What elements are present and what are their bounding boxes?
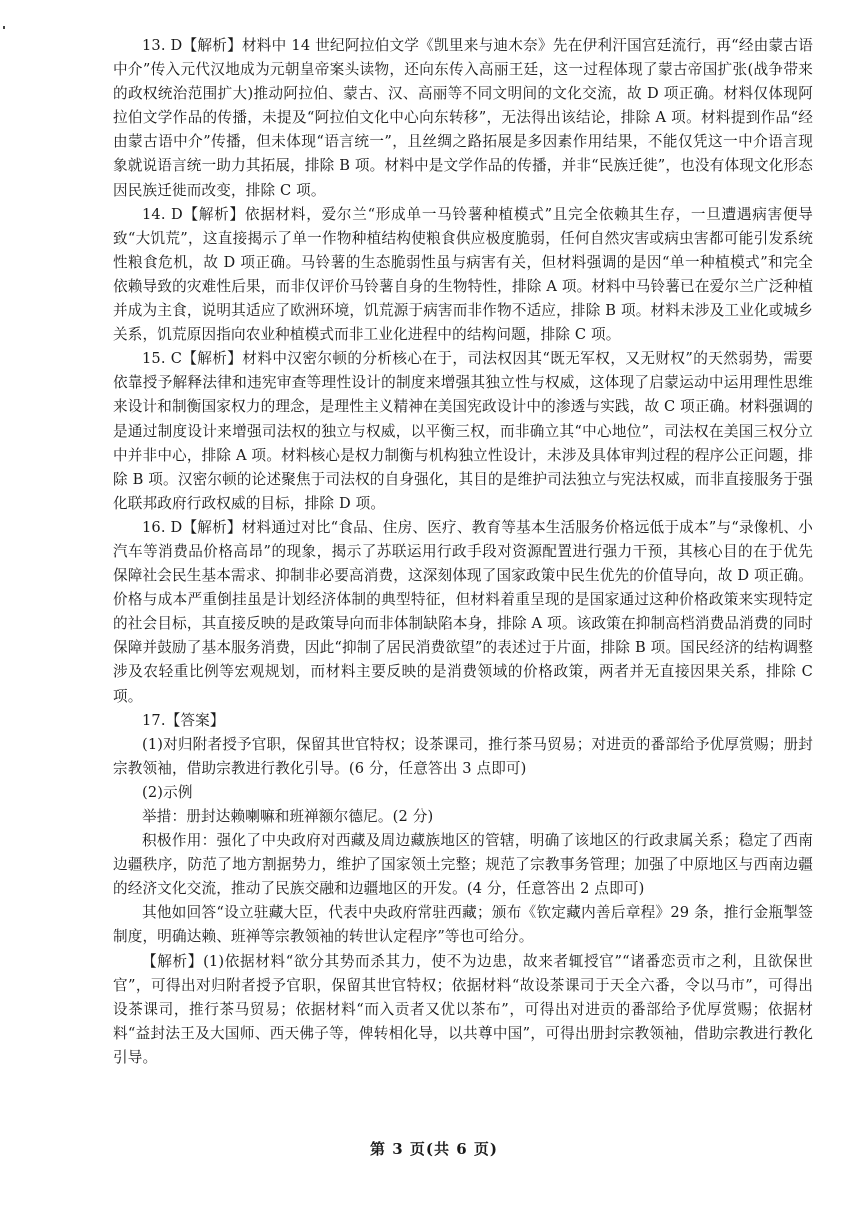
answer-17-alternative: 其他如回答“设立驻藏大臣，代表中央政府常驻西藏；颁布《钦定藏内善后章程》29 条…	[113, 901, 813, 949]
answer-16-paragraph: 16. D【解析】材料通过对比“食品、住房、医疗、教育等基本生活服务价格远低于成…	[113, 516, 813, 709]
scan-speck	[3, 26, 5, 29]
document-body: 13. D【解析】材料中 14 世纪阿拉伯文学《凯里来与迪木奈》先在伊利汗国宫廷…	[113, 34, 813, 1070]
answer-14-paragraph: 14. D【解析】依据材料，爱尔兰“形成单一马铃薯种植模式”且完全依赖其生存，一…	[113, 203, 813, 348]
answer-17-heading: 17.【答案】	[113, 709, 813, 733]
answer-17-analysis: 【解析】(1)依据材料“欲分其势而杀其力，使不为边患，故来者辄授官”“诸番恋贡市…	[113, 950, 813, 1070]
answer-13-paragraph: 13. D【解析】材料中 14 世纪阿拉伯文学《凯里来与迪木奈》先在伊利汗国宫廷…	[113, 34, 813, 203]
answer-15-paragraph: 15. C【解析】材料中汉密尔顿的分析核心在于，司法权因其“既无军权，又无财权”…	[113, 347, 813, 516]
page-number-footer: 第 3 页(共 6 页)	[0, 1138, 868, 1159]
answer-17-positive-effect: 积极作用：强化了中央政府对西藏及周边藏族地区的管辖，明确了该地区的行政隶属关系；…	[113, 829, 813, 901]
answer-17-measure: 举措：册封达赖喇嘛和班禅额尔德尼。(2 分)	[113, 805, 813, 829]
answer-17-part-1: (1)对归附者授予官职，保留其世官特权；设茶课司，推行茶马贸易；对进贡的番部给予…	[113, 733, 813, 781]
answer-17-part-2-heading: (2)示例	[113, 781, 813, 805]
